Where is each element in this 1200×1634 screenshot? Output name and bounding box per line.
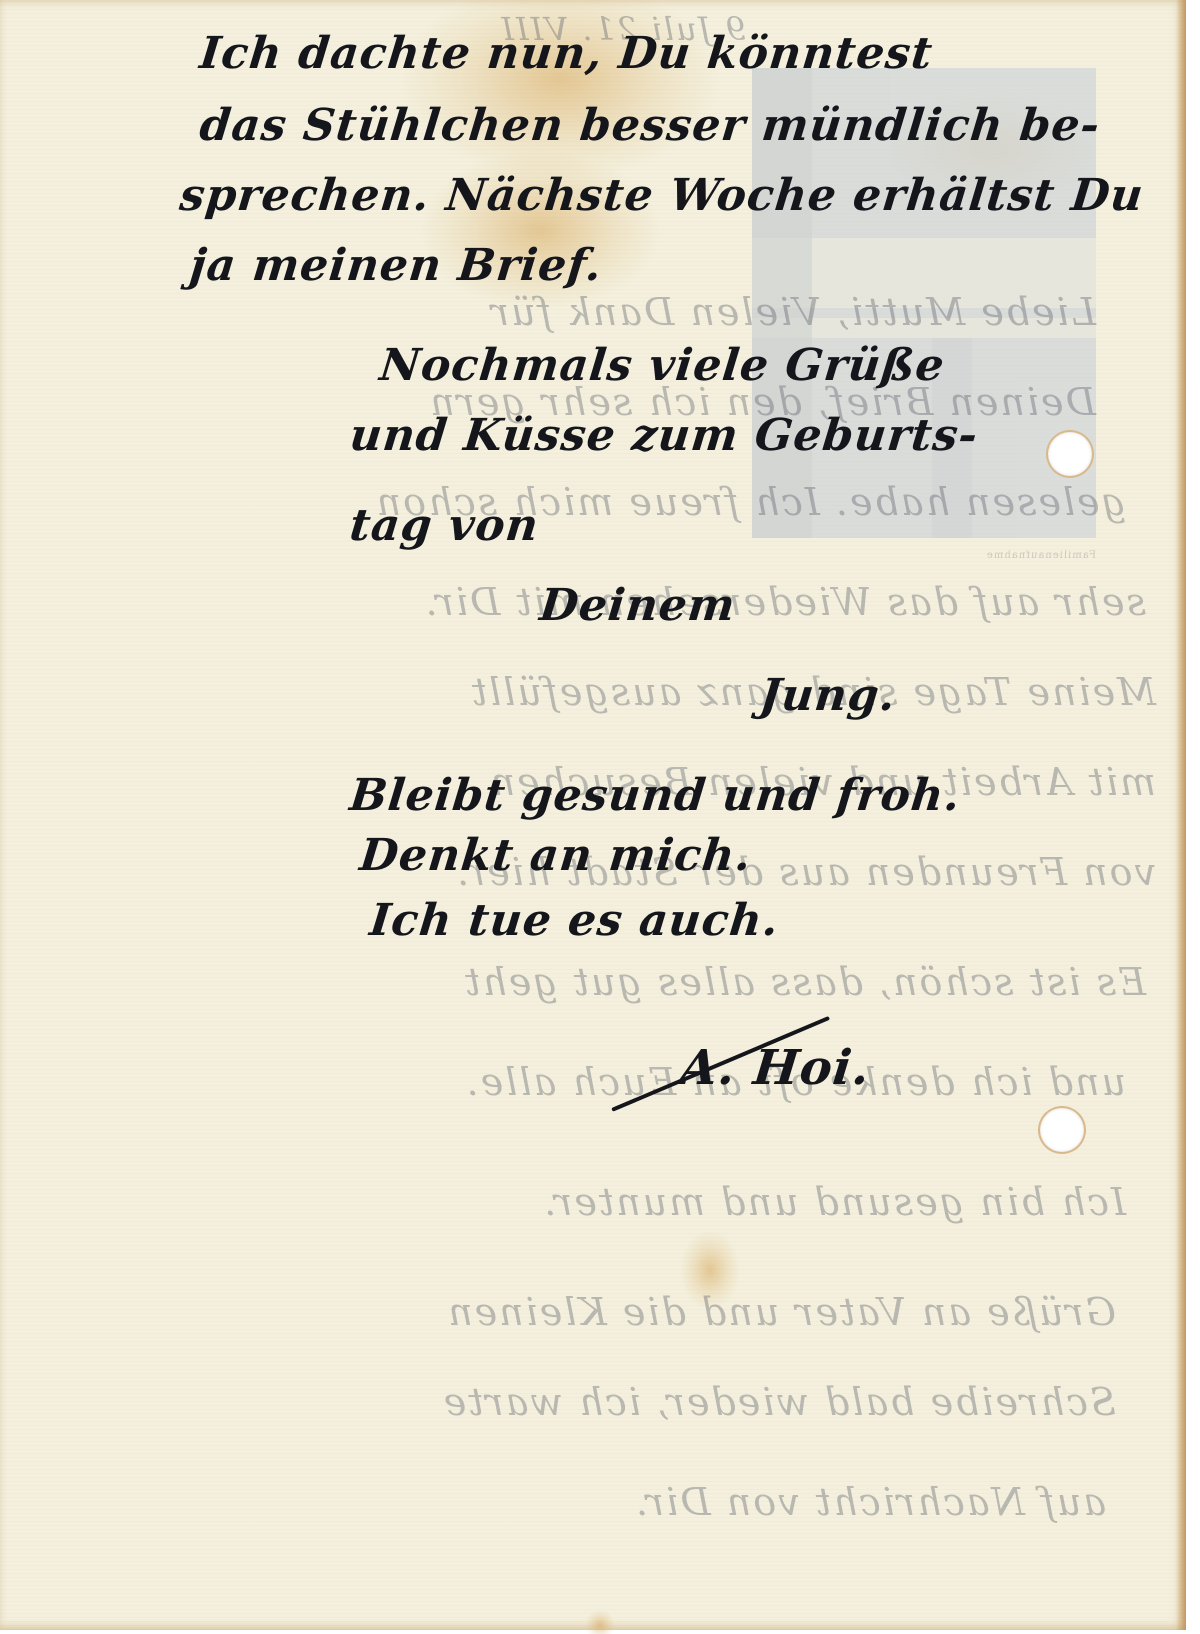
age-stain — [680, 1230, 740, 1310]
letter-line: sprechen. Nächste Woche erhältst Du — [177, 170, 1146, 221]
bleed-line: auf Nachricht von Dir. — [634, 1480, 1106, 1524]
bleed-line: Schreibe bald wieder, ich warte — [442, 1380, 1116, 1424]
postscript-line: Ich tue es auch. — [367, 895, 781, 946]
aged-page-edge — [1176, 0, 1186, 1630]
postscript-line: Bleibt gesund und froh. — [347, 770, 963, 821]
bleed-line: Es ist schön, dass alles gut geht — [463, 960, 1146, 1004]
punch-hole-top — [1048, 432, 1092, 476]
bleed-line: Grüße an Vater und die Kleinen — [446, 1290, 1116, 1334]
closing-line: und Küsse zum Geburts- — [347, 410, 980, 461]
closing-line: tag von — [347, 500, 541, 551]
closing-line: Nochmals viele Grüße — [377, 340, 947, 391]
letter-line: Ich dachte nun, Du könntest — [197, 28, 935, 79]
age-stain — [585, 1610, 615, 1634]
bleed-line: sehr auf das Wiedersehen mit Dir. — [424, 580, 1146, 624]
postscript-line: Denkt an mich. — [357, 830, 754, 881]
letter-page: Familienaufnahme 9.Juli 21. VIII Liebe M… — [0, 0, 1186, 1630]
letter-line: ja meinen Brief. — [187, 240, 604, 291]
from-line: Deinem — [537, 580, 738, 631]
sender-name: Jung. — [757, 670, 898, 721]
letter-line: das Stühlchen besser mündlich be- — [197, 100, 1102, 151]
punch-hole-bottom — [1040, 1108, 1084, 1152]
reverse-photo-caption: Familienaufnahme — [752, 550, 1096, 564]
bleed-line: Ich bin gesund und munter. — [542, 1180, 1126, 1224]
